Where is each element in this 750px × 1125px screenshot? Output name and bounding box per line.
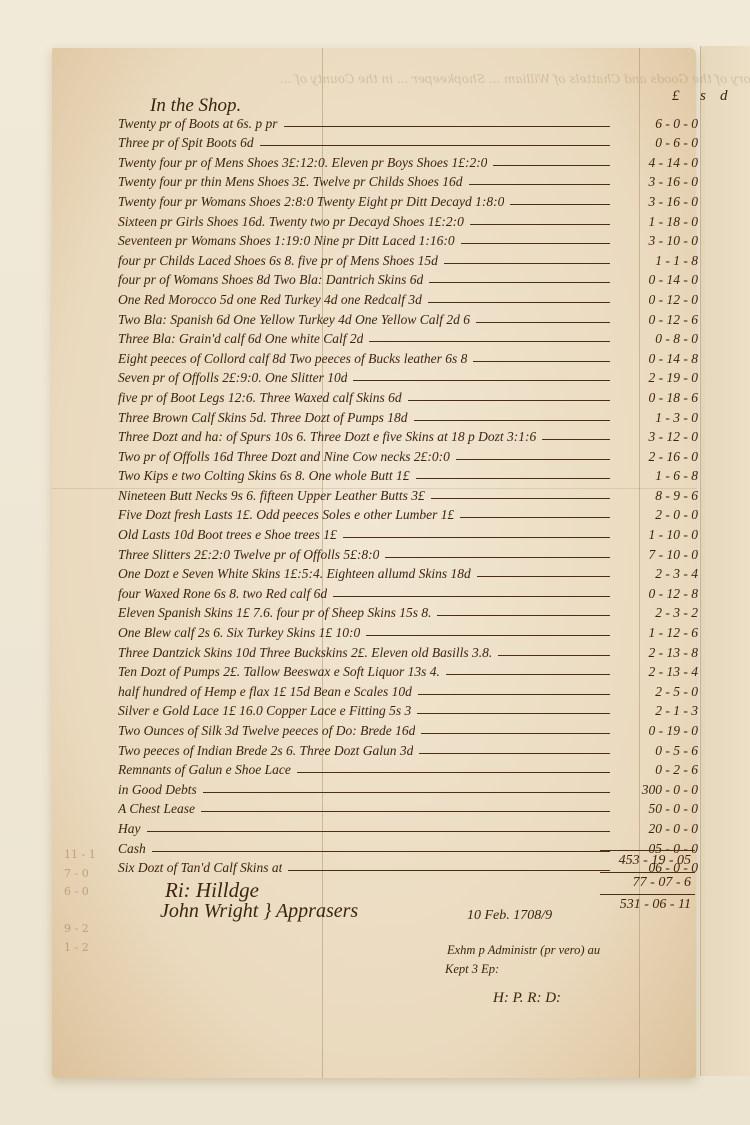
column-header-shillings: s — [700, 88, 706, 105]
item-description: One Dozt e Seven White Skins 1£:5:4. Eig… — [118, 566, 471, 582]
leader-rule — [446, 674, 610, 675]
leader-rule — [203, 792, 610, 793]
item-amount: 0 - 12 - 8 — [616, 586, 698, 602]
item-amount: 0 - 6 - 0 — [616, 135, 698, 151]
item-description: Two Kips e two Colting Skins 6s 8. One w… — [118, 468, 410, 484]
item-amount: 1 - 10 - 0 — [616, 527, 698, 543]
leader-rule — [473, 361, 610, 362]
leader-rule — [498, 655, 610, 656]
leader-rule — [476, 322, 610, 323]
leader-rule — [510, 204, 610, 205]
item-description: Hay — [118, 821, 141, 837]
inventory-row: four pr of Womans Shoes 8d Two Bla: Dant… — [118, 269, 698, 289]
inventory-row: Five Dozt fresh Lasts 1£. Odd peeces Sol… — [118, 504, 698, 524]
inventory-row: Two peeces of Indian Brede 2s 6. Three D… — [118, 739, 698, 759]
leader-rule — [369, 341, 610, 342]
item-description: Seven pr of Offolls 2£:9:0. One Slitter … — [118, 370, 347, 386]
item-amount: 0 - 18 - 6 — [616, 390, 698, 406]
inventory-row: Twenty four pr Womans Shoes 2:8:0 Twenty… — [118, 190, 698, 210]
inventory-row: half hundred of Hemp e flax 1£ 15d Bean … — [118, 680, 698, 700]
inventory-row: four pr Childs Laced Shoes 6s 8. five pr… — [118, 249, 698, 269]
inventory-entries: Twenty pr of Boots at 6s. p pr6 - 0 - 0T… — [118, 112, 698, 876]
item-description: Eleven Spanish Skins 1£ 7.6. four pr of … — [118, 605, 431, 621]
column-header-pounds: £ — [672, 88, 680, 105]
item-amount: 2 - 3 - 4 — [616, 566, 698, 582]
item-amount: 0 - 19 - 0 — [616, 723, 698, 739]
leader-rule — [366, 635, 610, 636]
item-description: half hundred of Hemp e flax 1£ 15d Bean … — [118, 684, 412, 700]
item-amount: 50 - 0 - 0 — [616, 801, 698, 817]
item-amount: 1 - 18 - 0 — [616, 214, 698, 230]
item-amount: 2 - 13 - 8 — [616, 645, 698, 661]
leader-rule — [414, 420, 611, 421]
subtotal: 453 - 19 - 05 — [600, 850, 695, 872]
inventory-row: Seventeen pr Womans Shoes 1:19:0 Nine pr… — [118, 230, 698, 250]
inventory-date: 10 Feb. 1708/9 — [467, 908, 552, 924]
item-description: Three Dozt and ha: of Spurs 10s 6. Three… — [118, 429, 536, 445]
leader-rule — [147, 831, 611, 832]
item-amount: 6 - 0 - 0 — [616, 116, 698, 132]
item-amount: 2 - 3 - 2 — [616, 605, 698, 621]
leader-rule — [416, 478, 610, 479]
inventory-row: Silver e Gold Lace 1£ 16.0 Copper Lace e… — [118, 700, 698, 720]
item-description: A Chest Lease — [118, 801, 195, 817]
item-description: Twenty four pr of Mens Shoes 3£:12:0. El… — [118, 155, 487, 171]
item-amount: 7 - 10 - 0 — [616, 547, 698, 563]
bleedthrough-header: of true and Perfect Inventory of the Goo… — [280, 72, 750, 86]
leader-rule — [421, 733, 610, 734]
inventory-row: A Chest Lease50 - 0 - 0 — [118, 798, 698, 818]
inventory-row: One Dozt e Seven White Skins 1£:5:4. Eig… — [118, 563, 698, 583]
item-amount: 0 - 12 - 6 — [616, 312, 698, 328]
faded-margin-figures: 11 - 17 - 06 - 09 - 21 - 2 — [64, 846, 96, 957]
item-amount: 0 - 14 - 0 — [616, 272, 698, 288]
item-amount: 8 - 9 - 6 — [616, 488, 698, 504]
leader-rule — [297, 772, 610, 773]
item-description: Sixteen pr Girls Shoes 16d. Twenty two p… — [118, 214, 464, 230]
item-amount: 0 - 14 - 8 — [616, 351, 698, 367]
item-description: in Good Debts — [118, 782, 197, 798]
item-description: Two Ounces of Silk 3d Twelve peeces of D… — [118, 723, 415, 739]
inventory-row: One Blew calf 2s 6. Six Turkey Skins 1£ … — [118, 621, 698, 641]
item-description: Six Dozt of Tan'd Calf Skins at — [118, 860, 282, 876]
item-amount: 2 - 0 - 0 — [616, 507, 698, 523]
leader-rule — [343, 537, 610, 538]
leader-rule — [288, 870, 610, 871]
leader-rule — [470, 224, 610, 225]
appraiser-signature-2: John Wright } Apprasers — [160, 900, 358, 923]
inventory-row: Hay20 - 0 - 0 — [118, 817, 698, 837]
attestation-line-1: Exhm p Administr (pr vero) au — [447, 943, 600, 958]
column-header-pence: d — [720, 88, 728, 105]
leader-rule — [477, 576, 610, 577]
inventory-row: five pr of Boot Legs 12:6. Three Waxed c… — [118, 386, 698, 406]
leader-rule — [461, 243, 610, 244]
adjacent-leaf — [700, 46, 750, 1076]
item-amount: 1 - 12 - 6 — [616, 625, 698, 641]
inventory-row: Two Ounces of Silk 3d Twelve peeces of D… — [118, 719, 698, 739]
grand-total: 531 - 06 - 11 — [600, 894, 695, 916]
inventory-row: Two Kips e two Colting Skins 6s 8. One w… — [118, 465, 698, 485]
item-description: five pr of Boot Legs 12:6. Three Waxed c… — [118, 390, 402, 406]
item-description: Three Brown Calf Skins 5d. Three Dozt of… — [118, 410, 408, 426]
item-amount: 3 - 10 - 0 — [616, 233, 698, 249]
item-description: One Red Morocco 5d one Red Turkey 4d one… — [118, 292, 422, 308]
inventory-row: Two Bla: Spanish 6d One Yellow Turkey 4d… — [118, 308, 698, 328]
item-amount: 1 - 6 - 8 — [616, 468, 698, 484]
item-amount: 4 - 14 - 0 — [616, 155, 698, 171]
leader-rule — [417, 713, 610, 714]
item-amount: 1 - 1 - 8 — [616, 253, 698, 269]
item-description: Three pr of Spit Boots 6d — [118, 135, 254, 151]
inventory-row: Seven pr of Offolls 2£:9:0. One Slitter … — [118, 367, 698, 387]
inventory-row: Twenty four pr of Mens Shoes 3£:12:0. El… — [118, 151, 698, 171]
leader-rule — [284, 126, 610, 127]
subtotal: 77 - 07 - 6 — [600, 872, 695, 894]
leader-rule — [456, 459, 610, 460]
inventory-row: Two pr of Offolls 16d Three Dozt and Nin… — [118, 445, 698, 465]
attestation-line-2: Kept 3 Ep: — [445, 962, 499, 977]
leader-rule — [437, 615, 610, 616]
item-description: Remnants of Galun e Shoe Lace — [118, 762, 291, 778]
item-description: Ten Dozt of Pumps 2£. Tallow Beeswax e S… — [118, 664, 440, 680]
item-amount: 0 - 2 - 6 — [616, 762, 698, 778]
inventory-row: Three Brown Calf Skins 5d. Three Dozt of… — [118, 406, 698, 426]
inventory-row: Sixteen pr Girls Shoes 16d. Twenty two p… — [118, 210, 698, 230]
item-description: Eight peeces of Collord calf 8d Two peec… — [118, 351, 467, 367]
item-amount: 300 - 0 - 0 — [616, 782, 698, 798]
item-description: Cash — [118, 841, 146, 857]
leader-rule — [152, 851, 610, 852]
item-amount: 3 - 16 - 0 — [616, 174, 698, 190]
item-amount: 2 - 1 - 3 — [616, 703, 698, 719]
inventory-row: Old Lasts 10d Boot trees e Shoe trees 1£… — [118, 523, 698, 543]
item-amount: 3 - 16 - 0 — [616, 194, 698, 210]
leader-rule — [429, 282, 610, 283]
item-amount: 20 - 0 - 0 — [616, 821, 698, 837]
inventory-row: Eleven Spanish Skins 1£ 7.6. four pr of … — [118, 602, 698, 622]
item-description: Three Bla: Grain'd calf 6d One white Cal… — [118, 331, 363, 347]
leader-rule — [408, 400, 610, 401]
inventory-row: Twenty four pr thin Mens Shoes 3£. Twelv… — [118, 171, 698, 191]
leader-rule — [385, 557, 610, 558]
item-description: Two peeces of Indian Brede 2s 6. Three D… — [118, 743, 413, 759]
inventory-row: Nineteen Butt Necks 9s 6. fifteen Upper … — [118, 484, 698, 504]
inventory-row: Three pr of Spit Boots 6d0 - 6 - 0 — [118, 132, 698, 152]
item-description: Three Dantzick Skins 10d Three Buckskins… — [118, 645, 492, 661]
item-description: four pr of Womans Shoes 8d Two Bla: Dant… — [118, 272, 423, 288]
totals-block: 453 - 19 - 0577 - 07 - 6531 - 06 - 11 — [600, 850, 695, 916]
item-description: Five Dozt fresh Lasts 1£. Odd peeces Sol… — [118, 507, 454, 523]
item-amount: 3 - 12 - 0 — [616, 429, 698, 445]
inventory-row: four Waxed Rone 6s 8. two Red calf 6d0 -… — [118, 582, 698, 602]
inventory-row: in Good Debts300 - 0 - 0 — [118, 778, 698, 798]
item-amount: 0 - 8 - 0 — [616, 331, 698, 347]
item-description: Nineteen Butt Necks 9s 6. fifteen Upper … — [118, 488, 425, 504]
inventory-row: Three Slitters 2£:2:0 Twelve pr of Offol… — [118, 543, 698, 563]
item-amount: 0 - 12 - 0 — [616, 292, 698, 308]
item-description: Three Slitters 2£:2:0 Twelve pr of Offol… — [118, 547, 379, 563]
inventory-row: Twenty pr of Boots at 6s. p pr6 - 0 - 0 — [118, 112, 698, 132]
leader-rule — [431, 498, 610, 499]
attestation-initials: H: P. R: D: — [493, 990, 561, 1007]
inventory-row: Remnants of Galun e Shoe Lace0 - 2 - 6 — [118, 759, 698, 779]
item-description: Twenty pr of Boots at 6s. p pr — [118, 116, 278, 132]
item-amount: 1 - 3 - 0 — [616, 410, 698, 426]
item-description: One Blew calf 2s 6. Six Turkey Skins 1£ … — [118, 625, 360, 641]
item-description: Silver e Gold Lace 1£ 16.0 Copper Lace e… — [118, 703, 411, 719]
leader-rule — [444, 263, 610, 264]
leader-rule — [201, 811, 610, 812]
item-amount: 2 - 13 - 4 — [616, 664, 698, 680]
inventory-row: Eight peeces of Collord calf 8d Two peec… — [118, 347, 698, 367]
item-amount: 2 - 19 - 0 — [616, 370, 698, 386]
item-amount: 2 - 5 - 0 — [616, 684, 698, 700]
inventory-row: One Red Morocco 5d one Red Turkey 4d one… — [118, 288, 698, 308]
leader-rule — [333, 596, 610, 597]
item-description: Twenty four pr Womans Shoes 2:8:0 Twenty… — [118, 194, 504, 210]
item-description: Two pr of Offolls 16d Three Dozt and Nin… — [118, 449, 450, 465]
leader-rule — [418, 694, 610, 695]
item-description: four pr Childs Laced Shoes 6s 8. five pr… — [118, 253, 438, 269]
leader-rule — [353, 380, 610, 381]
inventory-row: Three Dantzick Skins 10d Three Buckskins… — [118, 641, 698, 661]
inventory-row: Ten Dozt of Pumps 2£. Tallow Beeswax e S… — [118, 661, 698, 681]
leader-rule — [460, 517, 610, 518]
item-description: Twenty four pr thin Mens Shoes 3£. Twelv… — [118, 174, 463, 190]
item-description: four Waxed Rone 6s 8. two Red calf 6d — [118, 586, 327, 602]
inventory-row: Three Dozt and ha: of Spurs 10s 6. Three… — [118, 426, 698, 446]
inventory-row: Three Bla: Grain'd calf 6d One white Cal… — [118, 328, 698, 348]
leader-rule — [493, 165, 610, 166]
leader-rule — [469, 184, 611, 185]
item-amount: 2 - 16 - 0 — [616, 449, 698, 465]
item-description: Old Lasts 10d Boot trees e Shoe trees 1£ — [118, 527, 337, 543]
item-description: Two Bla: Spanish 6d One Yellow Turkey 4d… — [118, 312, 470, 328]
leader-rule — [419, 753, 610, 754]
leader-rule — [260, 145, 610, 146]
leader-rule — [542, 439, 610, 440]
item-description: Seventeen pr Womans Shoes 1:19:0 Nine pr… — [118, 233, 455, 249]
leader-rule — [428, 302, 610, 303]
item-amount: 0 - 5 - 6 — [616, 743, 698, 759]
